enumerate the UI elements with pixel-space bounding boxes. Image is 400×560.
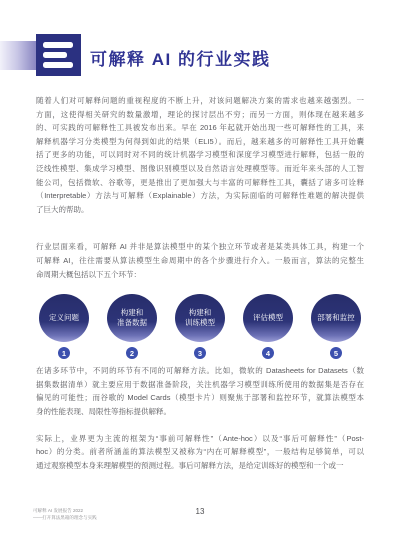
text-line: 方面，这使得相关研究的数量激增，理论的探讨层出不穷；而另一方面，则体现在越来越多 <box>36 108 364 122</box>
step-circle-label: 构建和准备数据 <box>117 308 147 329</box>
text-line: 泛线性模型、集成学习模型、图像识别模型以及自然语言处理模型等。而近年来头部的人工… <box>36 162 364 176</box>
icon-bar <box>43 62 73 68</box>
text-line: 实际上，业界更为主流的框架为“事前可解释性”（Ante-hoc）以及“事后可解释… <box>36 432 364 446</box>
page-content: 随着人们对可解释问题的重视程度的不断上升，对该问题解决方案的需求也越来越强烈。一… <box>0 94 400 472</box>
text-line: 身的性能表现、局限性等指标提供解释。 <box>36 405 364 419</box>
lifecycle-step: 定义问题 1 <box>36 294 92 359</box>
step-number-badge: 4 <box>262 347 274 359</box>
text-line: 命周期大概包括以下五个环节： <box>36 268 364 282</box>
step-number-badge: 1 <box>58 347 70 359</box>
lifecycle-step: 构建和准备数据 2 <box>104 294 160 359</box>
step-circle-label: 定义问题 <box>49 313 79 324</box>
page-title: 可解释 AI 的行业实践 <box>90 45 270 70</box>
step-circle: 部署和监控 <box>311 294 361 342</box>
text-line: 在诸多环节中，不同的环节有不同的可解释方法。比如，微软的 Datasheets … <box>36 364 364 378</box>
text-line: 解释机器学习分类模型为何得到如此的结果（ELI5）。而后，越来越多的可解释性工具… <box>36 135 364 149</box>
chapter-header: 可解释 AI 的行业实践 <box>0 0 400 82</box>
text-line: 随着人们对可解释问题的重视程度的不断上升，对该问题解决方案的需求也越来越强烈。一 <box>36 94 364 108</box>
lifecycle-step: 构建和训练模型 3 <box>172 294 228 359</box>
step-circle: 构建和训练模型 <box>175 294 225 342</box>
text-line: 括了更多的功能，可以同时对不同的统计机器学习模型和深度学习模型进行解释，包括一般… <box>36 148 364 162</box>
paragraph-intro-tools: 随着人们对可解释问题的重视程度的不断上升，对该问题解决方案的需求也越来越强烈。一… <box>36 94 364 216</box>
text-line: 了巨大的帮助。 <box>36 203 364 217</box>
step-circle-label: 评估模型 <box>253 313 283 324</box>
icon-bar <box>43 42 73 48</box>
paragraph-methods-examples: 在诸多环节中，不同的环节有不同的可解释方法。比如，微软的 Datasheets … <box>36 364 364 418</box>
step-circle-label: 构建和训练模型 <box>185 308 215 329</box>
text-line: 可解释 AI，往往需要从算法模型生命周期中的各个步骤进行介入。一般而言，算法的完… <box>36 254 364 268</box>
paragraph-antehoc-posthoc: 实际上，业界更为主流的框架为“事前可解释性”（Ante-hoc）以及“事后可解释… <box>36 432 364 473</box>
gradient-ribbon <box>0 41 38 70</box>
step-number-badge: 2 <box>126 347 138 359</box>
step-circle-label: 部署和监控 <box>317 313 355 324</box>
text-line: 通过观察模型本身来理解模型的预测过程。事后可解释方法，是给定训练好的模型和一个或… <box>36 459 364 473</box>
page-number: 13 <box>0 507 400 516</box>
lifecycle-step: 评估模型 4 <box>240 294 296 359</box>
paragraph-industry-lifecycle: 行业层面来看，可解释 AI 并非是算法模型中的某个独立环节或者是某类具体工具，构… <box>36 240 364 281</box>
text-line: （Interpretable）方法与可解释（Explainable）方法，为实际… <box>36 189 364 203</box>
step-circle: 评估模型 <box>243 294 293 342</box>
lifecycle-steps: 定义问题 1 构建和准备数据 2 构建和训练模型 3 评估模型 4 <box>36 294 364 359</box>
text-line: 行业层面来看，可解释 AI 并非是算法模型中的某个独立环节或者是某类具体工具，构… <box>36 240 364 254</box>
step-number-badge: 3 <box>194 347 206 359</box>
text-line: 偏见的可能性；而谷歌的 Model Cards（模型卡片）则聚焦于部署和监控环节… <box>36 391 364 405</box>
step-circle: 构建和准备数据 <box>107 294 157 342</box>
icon-bar <box>43 52 67 58</box>
step-circle: 定义问题 <box>39 294 89 342</box>
chapter-three-icon <box>36 34 81 76</box>
text-line: 据集数据清单）就主要应用于数据准备阶段，关注机器学习模型训练所使用的数据集是否存… <box>36 378 364 392</box>
document-page: 可解释 AI 的行业实践 随着人们对可解释问题的重视程度的不断上升，对该问题解决… <box>0 0 400 560</box>
lifecycle-step: 部署和监控 5 <box>308 294 364 359</box>
step-number-badge: 5 <box>330 347 342 359</box>
text-line: 的、可实践的可解释性工具被发布出来。早在 2016 年起就开始出现一些可解释性的… <box>36 121 364 135</box>
text-line: hoc）的分类。前者所涵盖的算法模型又被称为“内在可解释模型”，一般结构足够简单… <box>36 445 364 459</box>
text-line: 能公司，包括微软、谷歌等，更是推出了更加强大与丰富的可解释性工具，囊括了诸多可诠… <box>36 176 364 190</box>
